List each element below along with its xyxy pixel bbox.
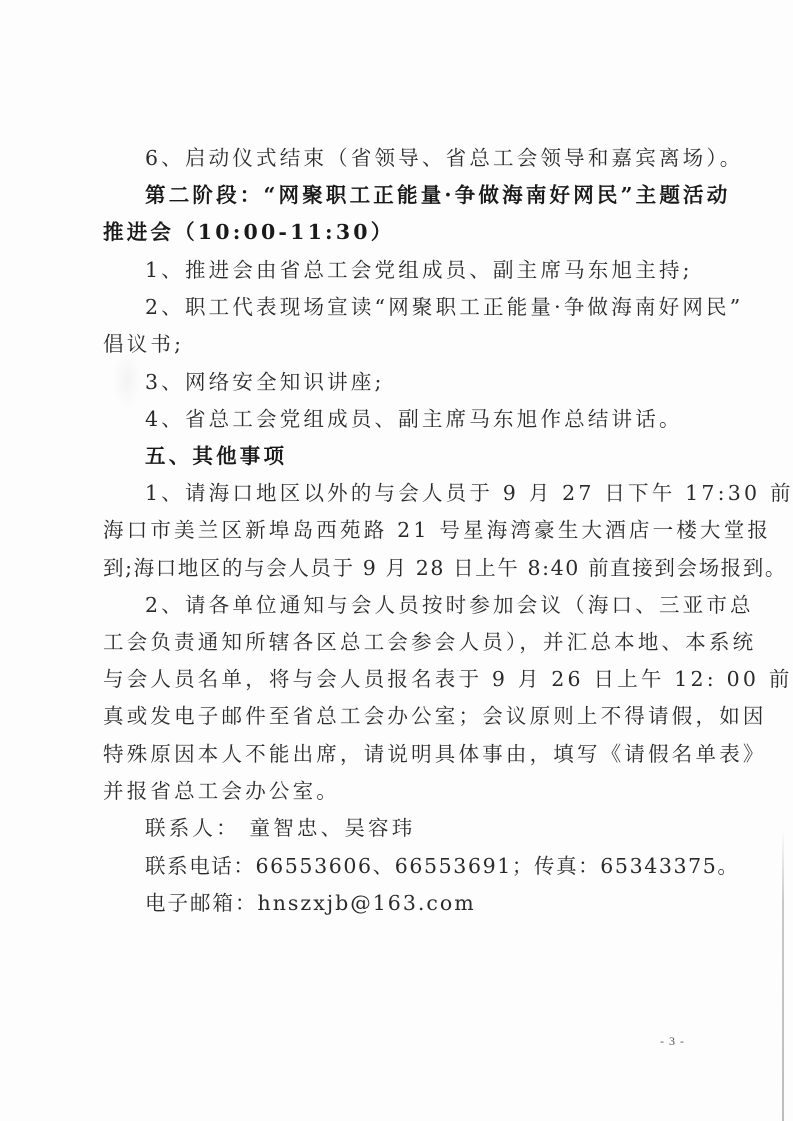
scan-edge-line bbox=[782, 830, 784, 1121]
other-item-2-line-2: 工会负责通知所辖各区总工会参会人员），并汇总本地、本系统 bbox=[103, 624, 695, 661]
section-five-heading: 五、其他事项 bbox=[145, 438, 695, 475]
stage-two-heading-cont: 推进会（10:00-11:30） bbox=[103, 214, 695, 251]
other-item-2-line-6: 并报省总工会办公室。 bbox=[103, 773, 695, 810]
stage-two-item-3: 3、网络安全知识讲座; bbox=[145, 364, 695, 401]
other-item-2-line-4: 真或发电子邮件至省总工会办公室；会议原则上不得请假，如因 bbox=[103, 698, 695, 735]
stage-two-heading: 第二阶段：“网聚职工正能量·争做海南好网民”主题活动 bbox=[145, 177, 695, 214]
contact-email: 电子邮箱：hnszxjb@163.com bbox=[145, 885, 695, 922]
other-item-2: 2、请各单位通知与会人员按时参加会议（海口、三亚市总 bbox=[145, 587, 695, 624]
other-item-1-line-3: 到;海口地区的与会人员于 9 月 28 日上午 8:40 前直接到会场报到。 bbox=[103, 550, 695, 587]
stage-two-item-4: 4、省总工会党组成员、副主席马东旭作总结讲话。 bbox=[145, 401, 695, 438]
contact-phone: 联系电话：66553606、66553691；传真：65343375。 bbox=[145, 848, 695, 885]
page-number: - 3 - bbox=[660, 1034, 685, 1049]
other-item-2-line-3: 与会人员名单，将与会人员报名表于 9 月 26 日上午 12: 00 前传 bbox=[103, 661, 695, 698]
document-page: 6、启动仪式结束（省领导、省总工会领导和嘉宾离场）。 第二阶段：“网聚职工正能量… bbox=[0, 0, 793, 1121]
other-item-1: 1、请海口地区以外的与会人员于 9 月 27 日下午 17:30 前到 bbox=[145, 475, 695, 512]
stage-two-item-1: 1、推进会由省总工会党组成员、副主席马东旭主持; bbox=[145, 252, 695, 289]
other-item-2-line-5: 特殊原因本人不能出席，请说明具体事由，填写《请假名单表》 bbox=[103, 736, 695, 773]
agenda-item-6: 6、启动仪式结束（省领导、省总工会领导和嘉宾离场）。 bbox=[145, 140, 695, 177]
contact-person: 联系人： 童智忠、吴容玮 bbox=[145, 810, 695, 847]
other-item-1-line-2: 海口市美兰区新埠岛西苑路 21 号星海湾豪生大酒店一楼大堂报 bbox=[103, 512, 695, 549]
stage-two-item-2: 2、职工代表现场宣读“网聚职工正能量·争做海南好网民” bbox=[145, 289, 695, 326]
stage-two-item-2-cont: 倡议书; bbox=[103, 326, 695, 363]
